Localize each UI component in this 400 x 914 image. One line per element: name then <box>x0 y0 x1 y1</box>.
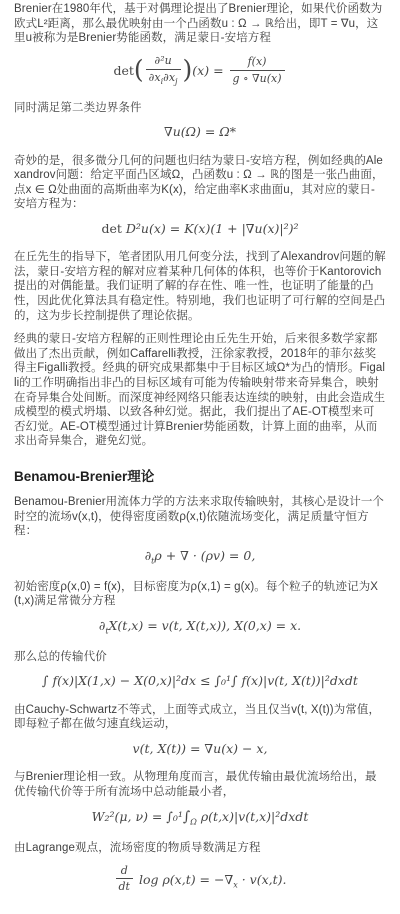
fraction-density: f(x)g ∘ ∇u(x) <box>230 55 285 86</box>
operator-det: det <box>113 63 133 78</box>
right-paren: ) <box>183 55 193 84</box>
paragraph-cauchy-schwartz: 由Cauchy-Schwartz不等式，上面等式成立，当且仅当v(t, X(t)… <box>14 703 386 732</box>
formula-mid: (x) = <box>192 63 227 78</box>
paragraph-bb-intro: Benamou-Brenier用流体力学的方法来求取传输映射，其核心是设计一个时… <box>14 495 386 539</box>
left-paren: ( <box>134 55 144 84</box>
article-page: Brenier在1980年代，基于对偶理论提出了Brenier理论，如果代价函数… <box>0 0 400 914</box>
formula-velocity: v(t, X(t)) = ∇u(x) − x, <box>14 741 386 757</box>
paragraph-brenier-intro: Brenier在1980年代，基于对偶理论提出了Brenier理论，如果代价函数… <box>14 2 386 46</box>
formula-boundary-condition: ∇u(Ω) = Ω* <box>14 124 386 140</box>
formula-transport-cost: ∫ f(x)|X(1,x) − X(0,x)|²dx ≤ ∫₀¹∫ f(x)|v… <box>14 673 386 689</box>
paragraph-alexandrov: 奇妙的是，很多微分几何的问题也归结为蒙日-安培方程，例如经典的Alexandro… <box>14 154 386 212</box>
paragraph-density: 初始密度ρ(x,0) = f(x)，目标密度为ρ(x,1) = g(x)。每个粒… <box>14 580 386 609</box>
formula-ode: ∂tX(t,x) = v(t, X(t,x)), X(0,x) = x. <box>14 618 386 637</box>
fraction-hessian: ∂²u∂xi∂xj <box>146 54 181 87</box>
section-heading-benamou-brenier: Benamou-Brenier理论 <box>14 465 386 485</box>
paragraph-cost-intro: 那么总的传输代价 <box>14 650 386 665</box>
paragraph-lagrange: 由Lagrange观点，流场密度的物质导数满足方程 <box>14 841 386 856</box>
paragraph-boundary-intro: 同时满足第二类边界条件 <box>14 101 386 116</box>
formula-alexandrov: det D²u(x) = K(x)(1 + |∇u(x)|²)² <box>14 221 386 237</box>
fraction-ddt: ddt <box>116 864 133 895</box>
paragraph-yau-guidance: 在丘先生的指导下，笔者团队用几何变分法，找到了Alexandrov问题的解法，蒙… <box>14 250 386 323</box>
formula-wasserstein: W₂²(μ, ν) = ∫₀¹∫Ω ρ(t,x)|v(t,x)|²dxdt <box>14 808 386 828</box>
paragraph-physics: 与Brenier理论相一致。从物理角度而言，最优传输由最优流场给出，最优传输代价… <box>14 770 386 799</box>
formula-continuity: ∂tρ + ∇ · (ρv) = 0, <box>14 548 386 567</box>
formula-material-derivative: ddt log ρ(x,t) = −∇x · v(x,t). <box>14 865 386 896</box>
paragraph-regularity: 经典的蒙日-安培方程解的正则性理论由丘先生开始，后来很多数学家都做出了杰出贡献，… <box>14 332 386 449</box>
operator-det: det <box>101 221 125 236</box>
formula-monge-ampere: det(∂²u∂xi∂xj)(x) = f(x)g ∘ ∇u(x) <box>14 55 386 88</box>
